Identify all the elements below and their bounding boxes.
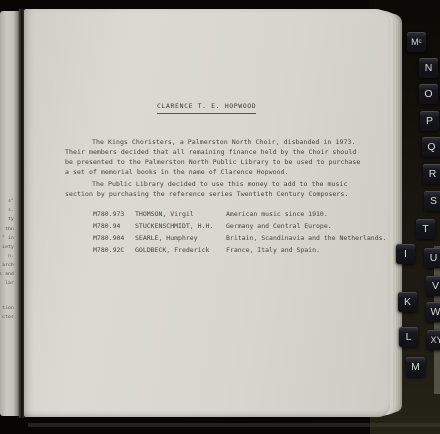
paragraph: The Public Library decided to use this m… [65, 179, 360, 199]
index-tab-Q: Q [422, 137, 440, 157]
call-number: M780.92C [93, 246, 124, 254]
index-tab-O: O [419, 84, 438, 104]
left-page-text-fragment: ctor [2, 315, 14, 320]
index-tab-Mc: Mᶜ [407, 32, 426, 52]
book-page: CLARENCE T. E. HOPWOOD The Kings Chorist… [24, 9, 390, 417]
page-title: CLARENCE T. E. HOPWOOD [157, 102, 256, 114]
index-tab-S: S [424, 191, 440, 211]
paragraph: The Kings Choristers, a Palmerston North… [65, 137, 360, 177]
left-page-text-fragment: iety [2, 245, 14, 250]
text-line: section by purchasing the reference seri… [65, 189, 360, 199]
left-page-edge: s"s.tythn" inietyn.archs andlartionctor [0, 11, 19, 416]
text-line: The Kings Choristers, a Palmerston North… [65, 137, 360, 147]
index-tab-T: T [416, 219, 435, 239]
left-page-text-fragment: tion [2, 306, 14, 311]
author-name: STUCKENSCHMIDT, H.H. [135, 222, 213, 230]
book-title: American music since 1910. [226, 210, 328, 218]
index-tab-R: R [423, 164, 440, 184]
left-page-text-fragment: thn [5, 227, 14, 232]
index-tab-K: K [398, 292, 417, 312]
book-cover-edge [28, 423, 440, 427]
author-name: SEARLE, Humphrey [135, 234, 198, 242]
left-page-text-fragment: arch [2, 263, 14, 268]
left-page-text-fragment: ty [8, 217, 14, 222]
index-tab-N: N [419, 58, 438, 78]
call-number: M780.973 [93, 210, 124, 218]
index-tab-U: U [424, 248, 440, 268]
book-title: Britain, Scandinavia and the Netherlands… [226, 234, 386, 242]
book-title: Germany and Central Europe. [226, 222, 332, 230]
left-page-text-fragment: s" [8, 199, 14, 204]
text-line: be presented to the Palmerston North Pub… [65, 157, 360, 167]
left-page-text-fragment: " in [2, 236, 14, 241]
author-name: GOLDBECK, Frederick [135, 246, 209, 254]
call-number: M780.904 [93, 234, 124, 242]
call-number: M780.94 [93, 222, 120, 230]
index-tab-XY: XY [427, 330, 440, 350]
body-text: The Kings Choristers, a Palmerston North… [65, 137, 360, 199]
index-tab-W: W [426, 302, 440, 322]
text-line: The Public Library decided to use this m… [65, 179, 360, 189]
text-line: a set of memorial books in the name of C… [65, 167, 360, 177]
index-tab-I: I [396, 244, 415, 264]
book-title: France, Italy and Spain. [226, 246, 320, 254]
index-tab-P: P [420, 111, 439, 131]
left-page-text-fragment: lar [5, 281, 14, 286]
scanned-book-photo: s"s.tythn" inietyn.archs andlartionctor … [0, 0, 440, 434]
author-name: THOMSON, Virgil [135, 210, 194, 218]
index-tab-V: V [426, 276, 440, 296]
text-line: Their members decided that all remaining… [65, 147, 360, 157]
left-page-text-fragment: s and [0, 272, 14, 277]
left-page-text-fragment: n. [8, 254, 14, 259]
left-page-text-fragment: s. [8, 208, 14, 213]
index-tab-M: M [406, 357, 425, 377]
index-tab-L: L [399, 327, 418, 347]
